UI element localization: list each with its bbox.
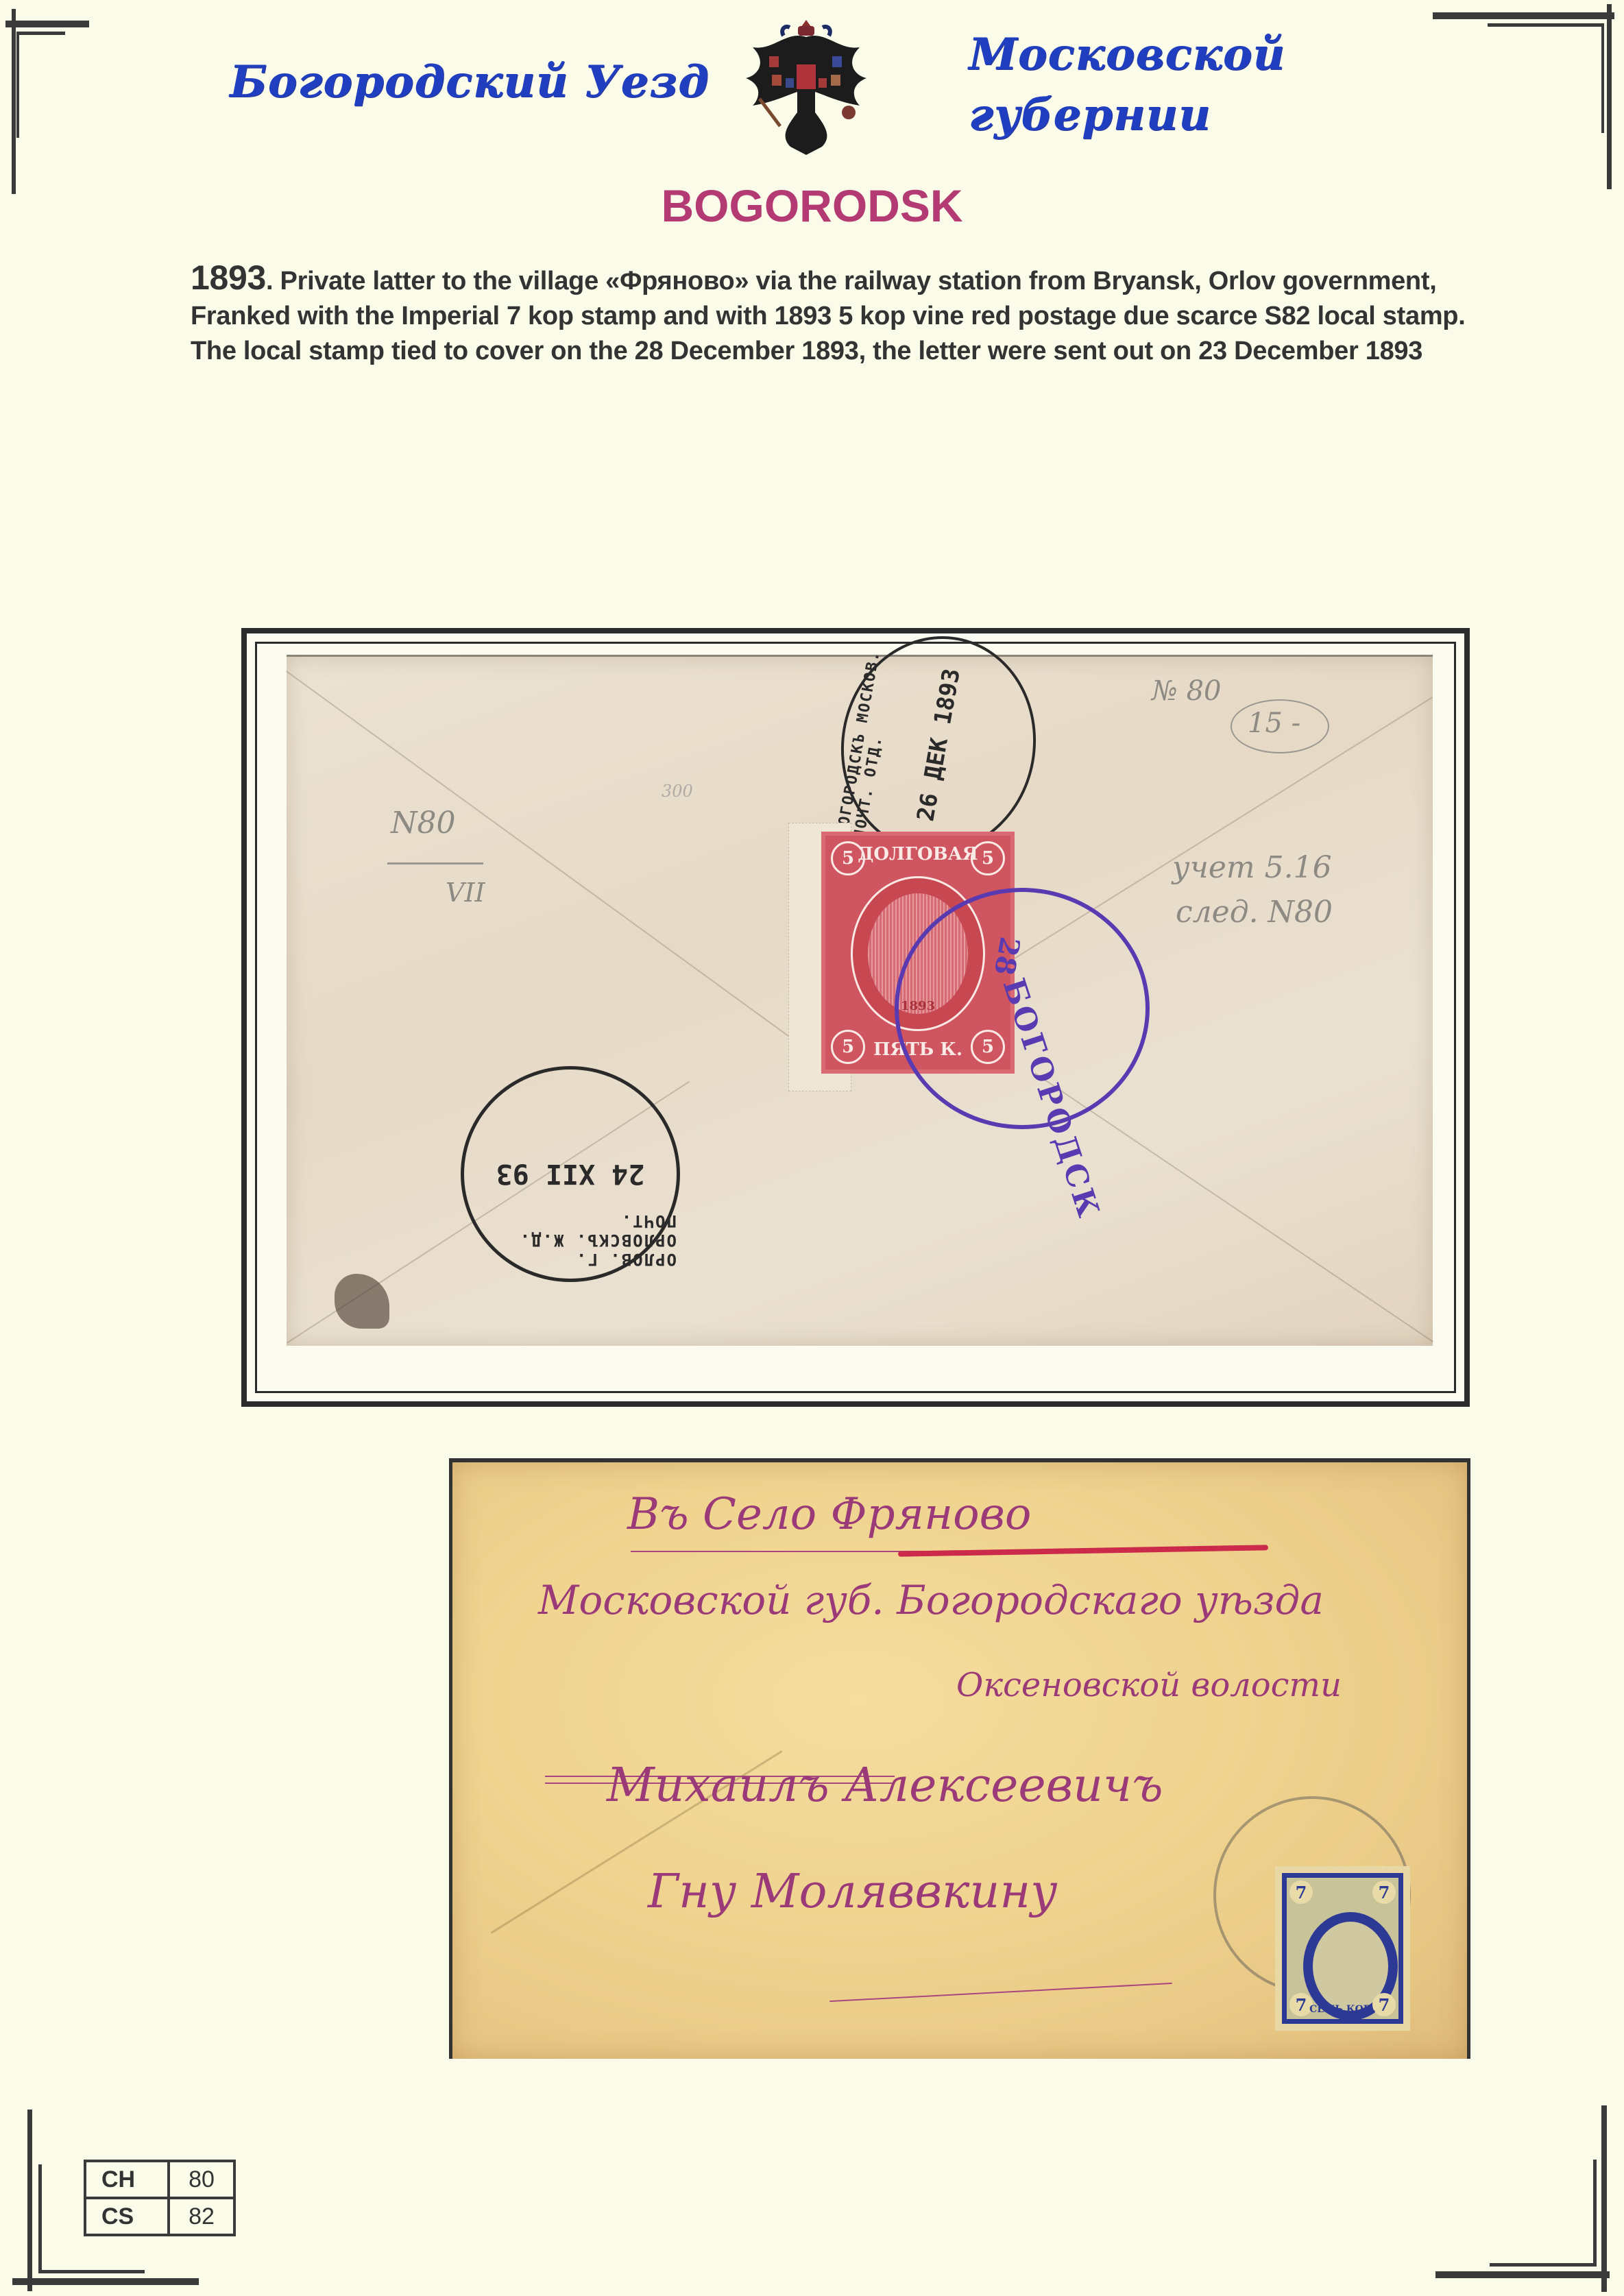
catalog-value: 80 [169, 2161, 234, 2198]
description-text: . Private latter to the village «Фряново… [191, 267, 1465, 365]
pencil-note: № 80 [1152, 675, 1221, 707]
address-line-village: Въ Село Фряново [627, 1489, 1031, 1540]
pencil-note: VII [446, 878, 485, 908]
double-headed-eagle-icon [732, 10, 880, 158]
postmark-bogorodsk-violet: БОГОРОДСК 28 [895, 888, 1150, 1129]
table-row: CS 82 [85, 2198, 234, 2235]
description-year: 1893 [191, 258, 266, 297]
pencil-note: учет 5.16 [1172, 850, 1332, 885]
province-title-line2: губернии [969, 89, 1211, 141]
pencil-underline [387, 862, 483, 865]
pencil-note: N80 [391, 806, 456, 841]
catalog-key: CH [85, 2161, 169, 2198]
catalog-key: CS [85, 2198, 169, 2235]
table-row: CH 80 [85, 2161, 234, 2198]
imperial-7-kop-stamp: 7 7 7 7 СЕМЬ КОП. [1275, 1866, 1410, 2031]
district-title: Богородский Уезд [230, 56, 710, 108]
pencil-note: 300 [662, 782, 693, 801]
description: 1893. Private latter to the village «Фря… [191, 261, 1507, 369]
address-line-province: Московской губ. Богородскаго уѣзда [538, 1577, 1324, 1623]
catalog-value: 82 [169, 2198, 234, 2235]
province-title-line1: Московской [969, 29, 1285, 80]
page-subtitle: BOGORODSK [0, 180, 1624, 232]
postmark-orel-rail: ОРЛОВ. Г. ОРЛОВСКЪ. Ж.Д. ПОЧТ. 24 XII 93 [461, 1066, 680, 1282]
address-line-volost: Оксеновской волости [956, 1666, 1342, 1704]
catalog-reference-table: CH 80 CS 82 [84, 2160, 236, 2236]
pencil-note: 15 - [1248, 708, 1300, 739]
pencil-note: след. N80 [1176, 895, 1333, 930]
address-line-recipient: Михаилъ Алексеевичъ [607, 1759, 1163, 1813]
address-line-surname: Гну Моляввкину [648, 1865, 1058, 1919]
